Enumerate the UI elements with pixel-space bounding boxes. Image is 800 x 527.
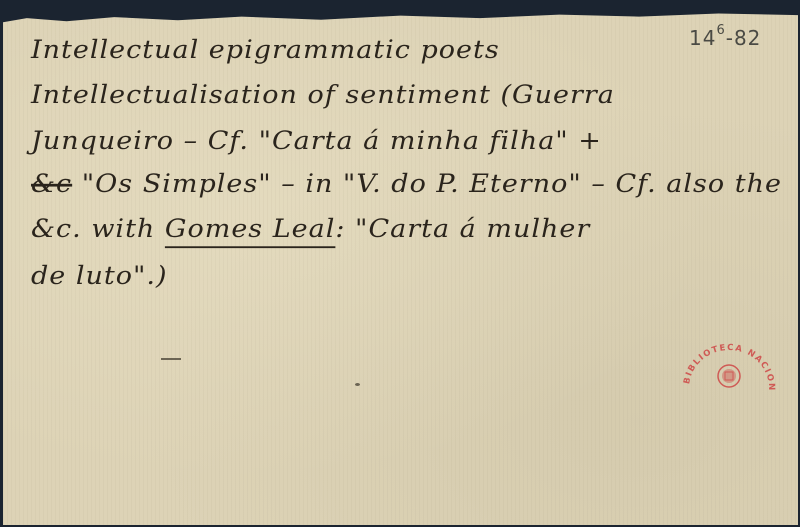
ink-spot	[355, 383, 360, 386]
manuscript-line-1: Intellectual epigrammatic poets	[31, 36, 500, 65]
manuscript-line-5: &c. with Gomes Leal: "Carta á mulher	[31, 215, 590, 244]
line-text-prefix: &c. with	[31, 215, 165, 244]
archive-reference-number: 146-82	[689, 26, 761, 50]
line-text: Junqueiro – Cf. "Carta á minha filha" +	[31, 127, 602, 156]
line-text: Intellectual epigrammatic poets	[31, 36, 500, 65]
archive-ref-suffix: -82	[726, 26, 762, 50]
manuscript-line-3: Junqueiro – Cf. "Carta á minha filha" +	[31, 127, 602, 156]
underlined-name: Gomes Leal	[165, 215, 335, 244]
archive-ref-main: 14	[689, 26, 716, 50]
manuscript-line-6: de luto".)	[31, 262, 168, 291]
struck-out-word: &c	[31, 170, 72, 199]
line-text: Intellectualisation of sentiment (Guerra	[31, 81, 615, 110]
library-stamp: BIBLIOTECA NACIONAL	[679, 336, 779, 396]
scanned-document: 146-82 Intellectual epigrammatic poets I…	[0, 0, 800, 527]
biblioteca-nacional-seal-icon: BIBLIOTECA NACIONAL	[679, 336, 779, 396]
manuscript-line-4: &c "Os Simples" – in "V. do P. Eterno" –…	[31, 170, 782, 199]
line-text-suffix: : "Carta á mulher	[335, 215, 590, 244]
manuscript-line-2: Intellectualisation of sentiment (Guerra	[31, 81, 615, 110]
line-text: "Os Simples" – in "V. do P. Eterno" – Cf…	[82, 170, 782, 199]
stray-pen-mark	[161, 358, 181, 360]
paper-sheet: 146-82 Intellectual epigrammatic poets I…	[3, 12, 798, 525]
archive-ref-superscript: 6	[716, 23, 725, 38]
svg-text:BIBLIOTECA NACIONAL: BIBLIOTECA NACIONAL	[679, 336, 776, 392]
line-text: de luto".)	[31, 262, 168, 291]
